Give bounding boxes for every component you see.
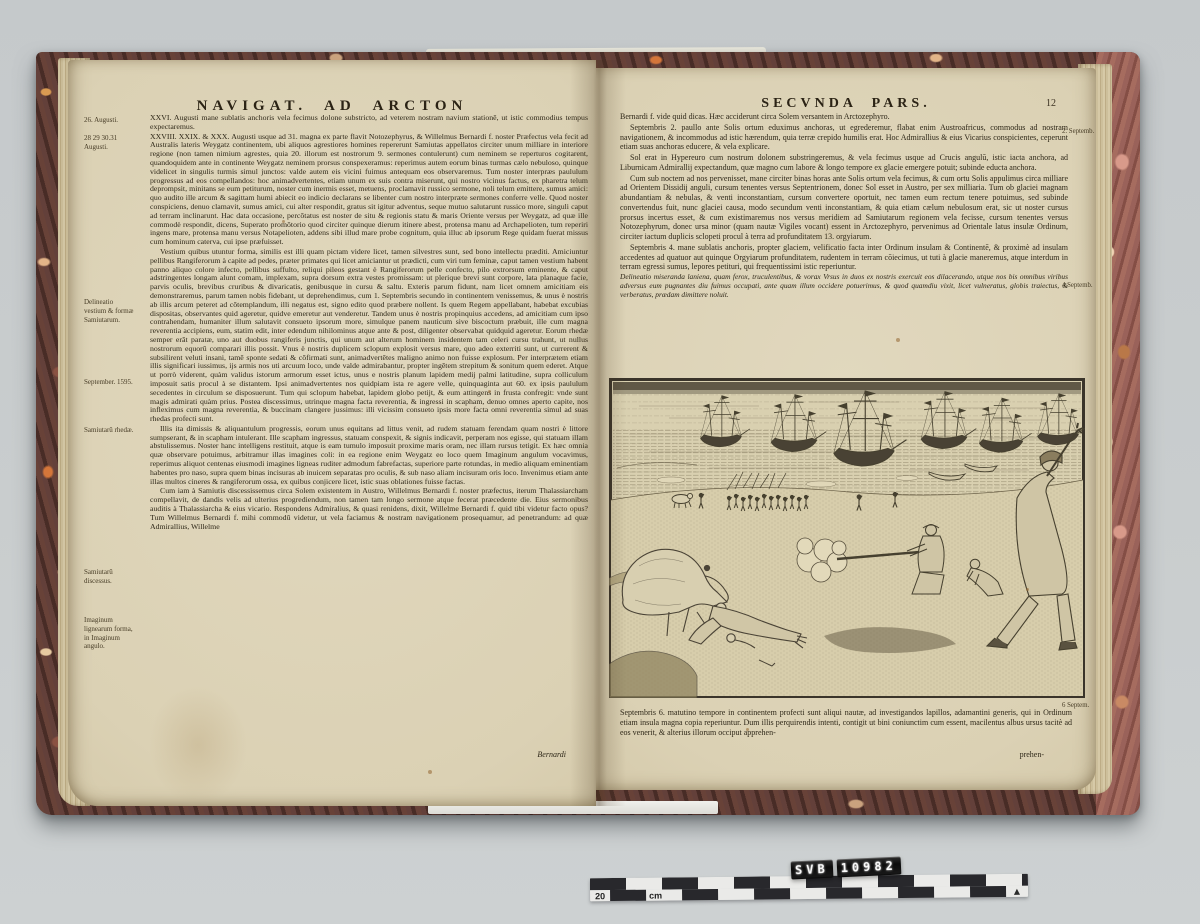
margin-note: Imaginum lignearum forma, in Imaginum an… xyxy=(84,616,136,651)
paragraph: Illis ita dimissis & aliquantulum progre… xyxy=(150,425,588,487)
paragraph: Cum sub noctem ad nos pervenisset, mane … xyxy=(620,174,1068,242)
ruler-unit-label: cm xyxy=(649,891,662,901)
paragraph: Septembris 2. paullo ante Solis ortum ed… xyxy=(620,123,1068,152)
catchword: prehen- xyxy=(1020,750,1044,759)
tag-prefix-tiles: SVB xyxy=(791,860,833,880)
left-page-header: NAVIGAT. AD ARCTON xyxy=(68,98,596,115)
margin-note: 28 29 30.31 Augusti. xyxy=(84,134,136,152)
left-page: NAVIGAT. AD ARCTON 26. Augusti. 28 29 30… xyxy=(68,60,596,806)
paragraph: XXVIII. XXIX. & XXX. Augusti usque ad 31… xyxy=(150,133,588,247)
paragraph-below-figure: Septembris 6. matutino tempore in contin… xyxy=(620,708,1072,738)
margin-note: 4 Septemb. xyxy=(1062,282,1110,290)
right-page-header: SECVNDA PARS. xyxy=(596,96,1096,112)
paragraph: Bernardi f. vide quid dicas. Hæc accider… xyxy=(620,112,1068,122)
page-number: 12 xyxy=(1046,98,1056,109)
engraving-bear-attack-scene xyxy=(609,378,1085,698)
margin-note: Samiutarū discessus. xyxy=(84,568,136,586)
paragraph: Vestium quibus utuntur forma, similis es… xyxy=(150,248,588,424)
paragraph: Sol erat in Hypereuro cum nostrum dolone… xyxy=(620,153,1068,173)
margin-note: Samiutarū rhedæ. xyxy=(84,426,136,435)
margin-note: 26. Augusti. xyxy=(84,116,136,125)
sky-band xyxy=(613,382,1081,390)
right-page: SECVNDA PARS. 12 2. Septemb. 4 Septemb. … xyxy=(596,68,1096,790)
right-page-body-text: Bernardi f. vide quid dicas. Hæc accider… xyxy=(620,112,1068,380)
museum-photo-of-open-book: { "photo": { "background_color": "#c9cdc… xyxy=(0,0,1200,924)
margin-note: September. 1595. xyxy=(84,378,136,387)
catchword: Bernardi xyxy=(537,750,566,759)
second-victim-head xyxy=(727,634,735,642)
ruler-length-label: 20 xyxy=(595,891,605,901)
left-page-body-text: XXVI. Augusti mane sublatis anchoris vel… xyxy=(150,114,588,762)
north-arrow-icon: ▲ xyxy=(1014,887,1020,896)
margin-note: Delineatio vestium & formæ Samiutarum. xyxy=(84,298,136,324)
figure-caption: Delineatio miseranda laniena, quam ferox… xyxy=(620,273,1068,300)
tag-number-tiles: 10982 xyxy=(836,857,901,878)
open-antique-book: NAVIGAT. AD ARCTON 26. Augusti. 28 29 30… xyxy=(36,52,1140,815)
paragraph: Cum iam à Samiutis discessissemus circa … xyxy=(150,487,588,531)
paragraph: XXVI. Augusti mane sublatis anchoris vel… xyxy=(150,114,588,132)
paragraph: Septembris 4. mane sublatis anchoris, pr… xyxy=(620,243,1068,272)
margin-note: 2. Septemb. xyxy=(1062,128,1110,136)
